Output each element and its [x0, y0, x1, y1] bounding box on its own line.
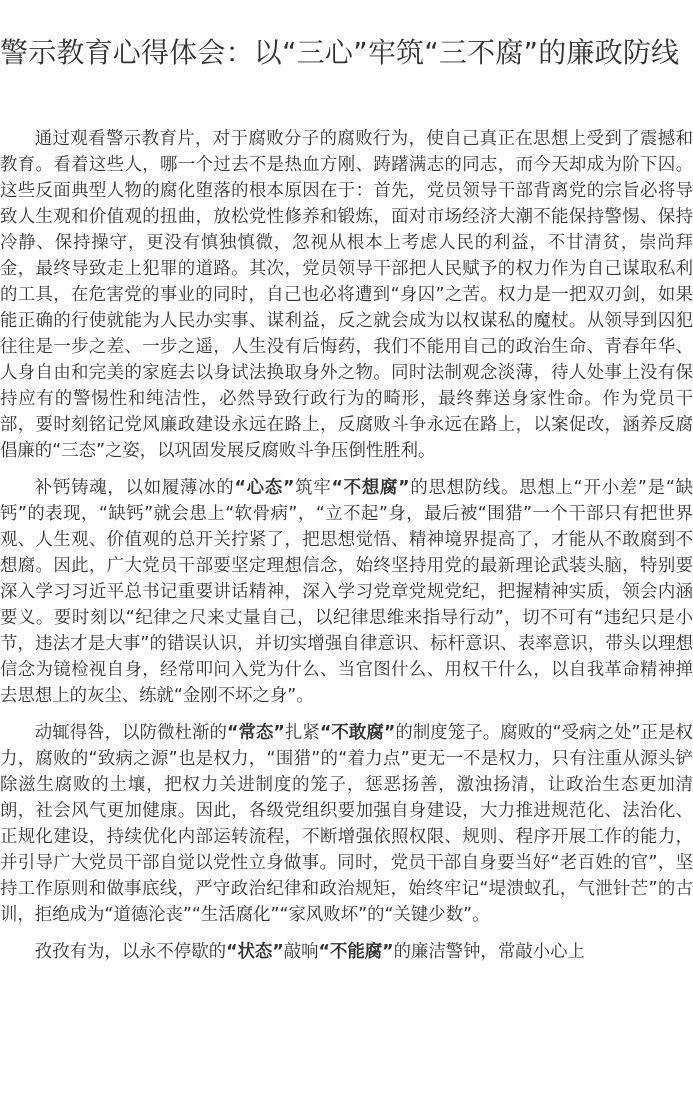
emphasis-quote-not-want-corrupt: “不想腐” — [331, 478, 409, 498]
paragraph-lead: 补钙铸魂，以如履薄冰的 — [35, 478, 235, 498]
paragraph-lead: 孜孜有为，以永不停歇的 — [35, 942, 226, 962]
paragraph-connector: 敲响 — [284, 942, 319, 962]
emphasis-quote-normal-state: “常态” — [227, 723, 285, 743]
paragraph-connector: 扎紧 — [285, 723, 320, 743]
paragraph-text: 的制度笼子。腐败的“受病之处”正是权力，腐败的“致病之源”也是权力，“围猎”的“… — [0, 723, 693, 925]
article-title: 警示教育心得体会：以“三心”牢筑“三不腐”的廉政防线 — [0, 0, 693, 79]
paragraph-2: 补钙铸魂，以如履薄冰的“心态”筑牢“不想腐”的思想防线。思想上“开小差”是“缺钙… — [0, 475, 693, 709]
emphasis-quote-state: “状态” — [226, 942, 284, 962]
paragraph-text: 的思想防线。思想上“开小差”是“缺钙”的表现，“缺钙”就会患上“软骨病”，“立不… — [0, 478, 693, 706]
paragraph-4: 孜孜有为，以永不停歇的“状态”敲响“不能腐”的廉洁警钟，常敲小心上 — [0, 939, 693, 965]
paragraph-text: 的廉洁警钟，常敲小心上 — [394, 942, 585, 962]
article: 警示教育心得体会：以“三心”牢筑“三不腐”的廉政防线 通过观看警示教育片，对于腐… — [0, 0, 693, 976]
emphasis-quote-cannot-corrupt: “不能腐” — [319, 942, 394, 962]
paragraph-connector: 筑牢 — [294, 478, 331, 498]
paragraph-1: 通过观看警示教育片，对于腐败分子的腐败行为，使自己真正在思想上受到了震撼和教育。… — [0, 126, 693, 464]
emphasis-quote-not-dare-corrupt: “不敢腐” — [320, 723, 395, 743]
paragraph-3: 动辄得咎，以防微杜渐的“常态”扎紧“不敢腐”的制度笼子。腐败的“受病之处”正是权… — [0, 720, 693, 928]
emphasis-quote-mindset: “心态” — [234, 478, 294, 498]
paragraph-text: 通过观看警示教育片，对于腐败分子的腐败行为，使自己真正在思想上受到了震撼和教育。… — [0, 129, 693, 461]
article-body: 通过观看警示教育片，对于腐败分子的腐败行为，使自己真正在思想上受到了震撼和教育。… — [0, 126, 693, 965]
paragraph-lead: 动辄得咎，以防微杜渐的 — [35, 723, 227, 743]
